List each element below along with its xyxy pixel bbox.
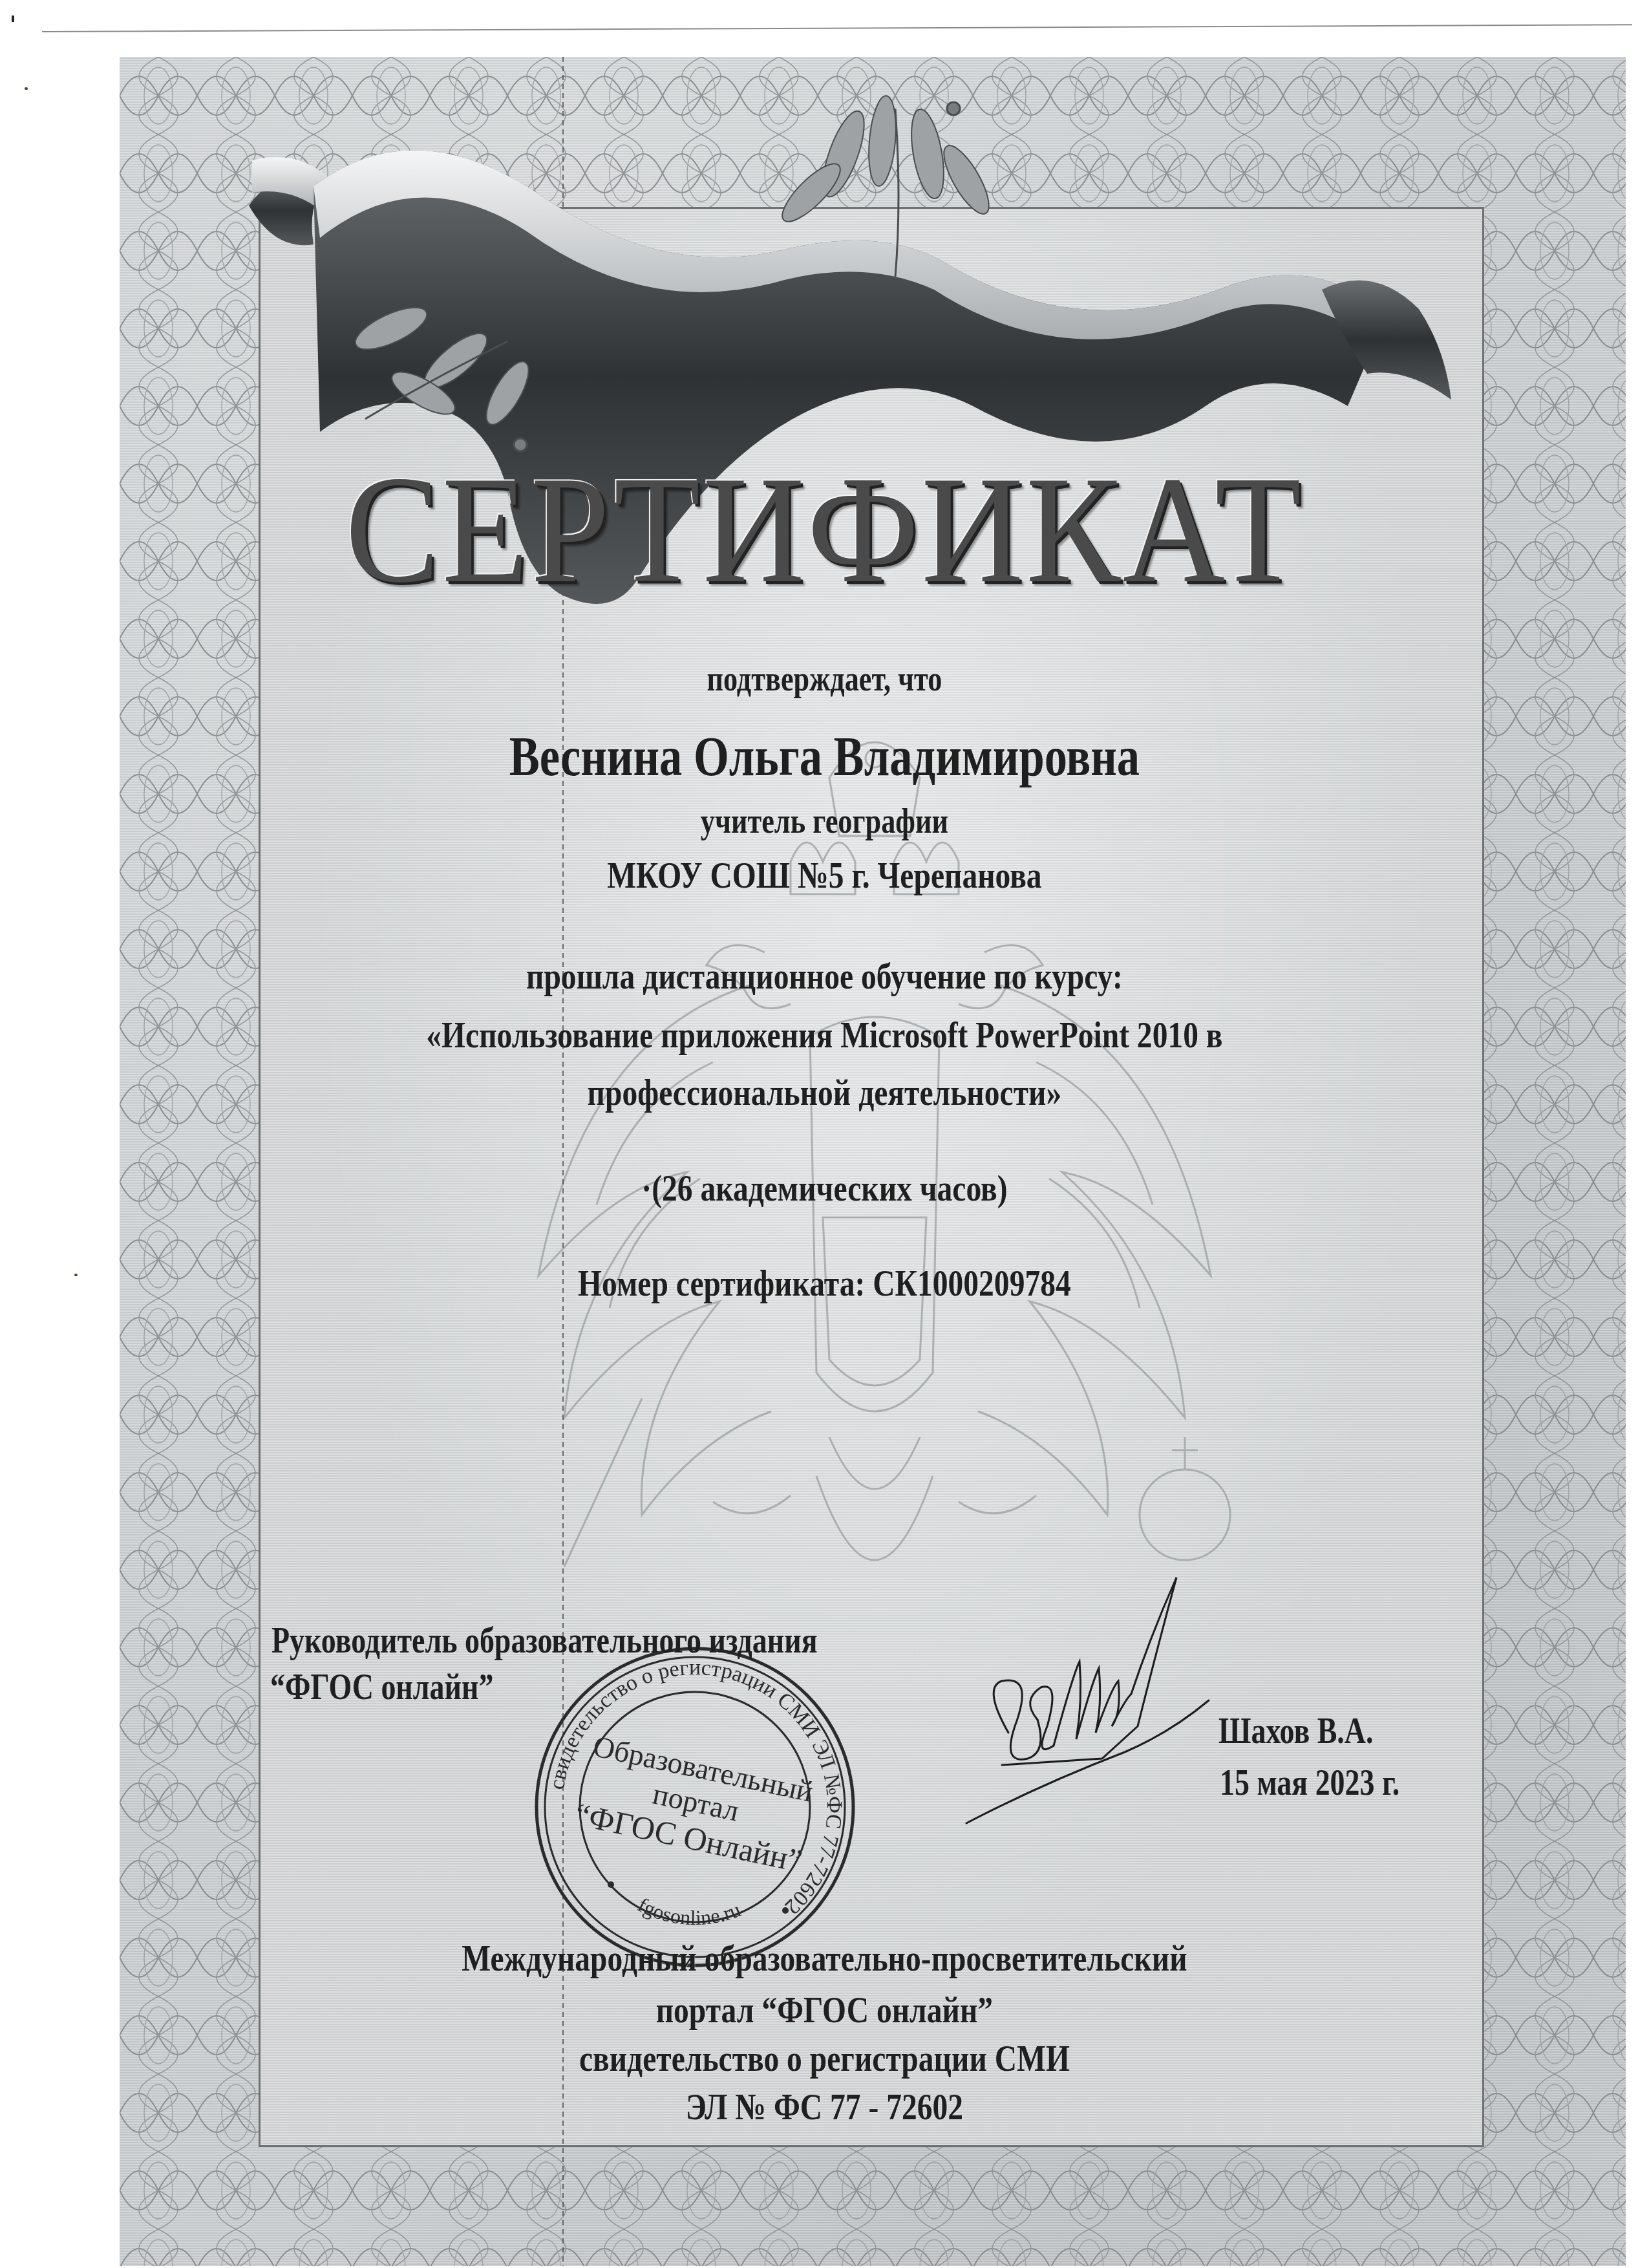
course-hours: ·(26 академических часов) xyxy=(149,1166,1501,1210)
footer-line3: свидетельство о регистрации СМИ xyxy=(149,2037,1501,2081)
official-stamp: свидетельство о регистрации СМИ ЭЛ №ФС 7… xyxy=(527,1639,863,1975)
footer-line2: портал “ФГОС онлайн” xyxy=(149,1988,1501,2032)
certificate-number: Номер сертификата: СК1000209784 xyxy=(149,1261,1501,1305)
svg-text:fgosonline.ru: fgosonline.ru xyxy=(634,1893,744,1929)
ribbon-laurel-ornament xyxy=(120,57,1626,2266)
scan-dust xyxy=(74,1274,78,1276)
scan-edge-line xyxy=(42,24,1632,32)
certificate-card: свидетельство о регистрации СМИ ЭЛ №ФС 7… xyxy=(120,57,1626,2266)
handwritten-signature xyxy=(963,1571,1248,1830)
footer-line4: ЭЛ № ФС 77 - 72602 xyxy=(149,2085,1501,2129)
signatory-name: Шахов В.А. xyxy=(1218,1710,1373,1753)
signing-date: 15 мая 2023 г. xyxy=(1220,1762,1399,1804)
course-intro: прошла дистанционное обучение по курсу: xyxy=(149,954,1501,998)
certificate-title: СЕРТИФИКАТ xyxy=(66,446,1583,614)
recipient-organization: МКОУ СОШ №5 г. Черепанова xyxy=(149,853,1501,897)
scan-mark xyxy=(12,16,14,22)
scan-dust xyxy=(25,87,28,90)
footer-line1: Международный образовательно-просветител… xyxy=(149,1936,1501,1980)
recipient-name: Веснина Ольга Владимировна xyxy=(149,725,1501,787)
confirms-text: подтверждает, что xyxy=(149,658,1501,700)
signatory-role-line1: Руководитель образовательного издания xyxy=(271,1620,818,1662)
course-title-line2: профессиональной деятельности» xyxy=(149,1071,1501,1115)
recipient-position: учитель географии xyxy=(149,800,1501,842)
signatory-role-line2: “ФГОС онлайн” xyxy=(270,1666,493,1709)
course-title-line1: «Использование приложения Microsoft Powe… xyxy=(149,1013,1501,1057)
